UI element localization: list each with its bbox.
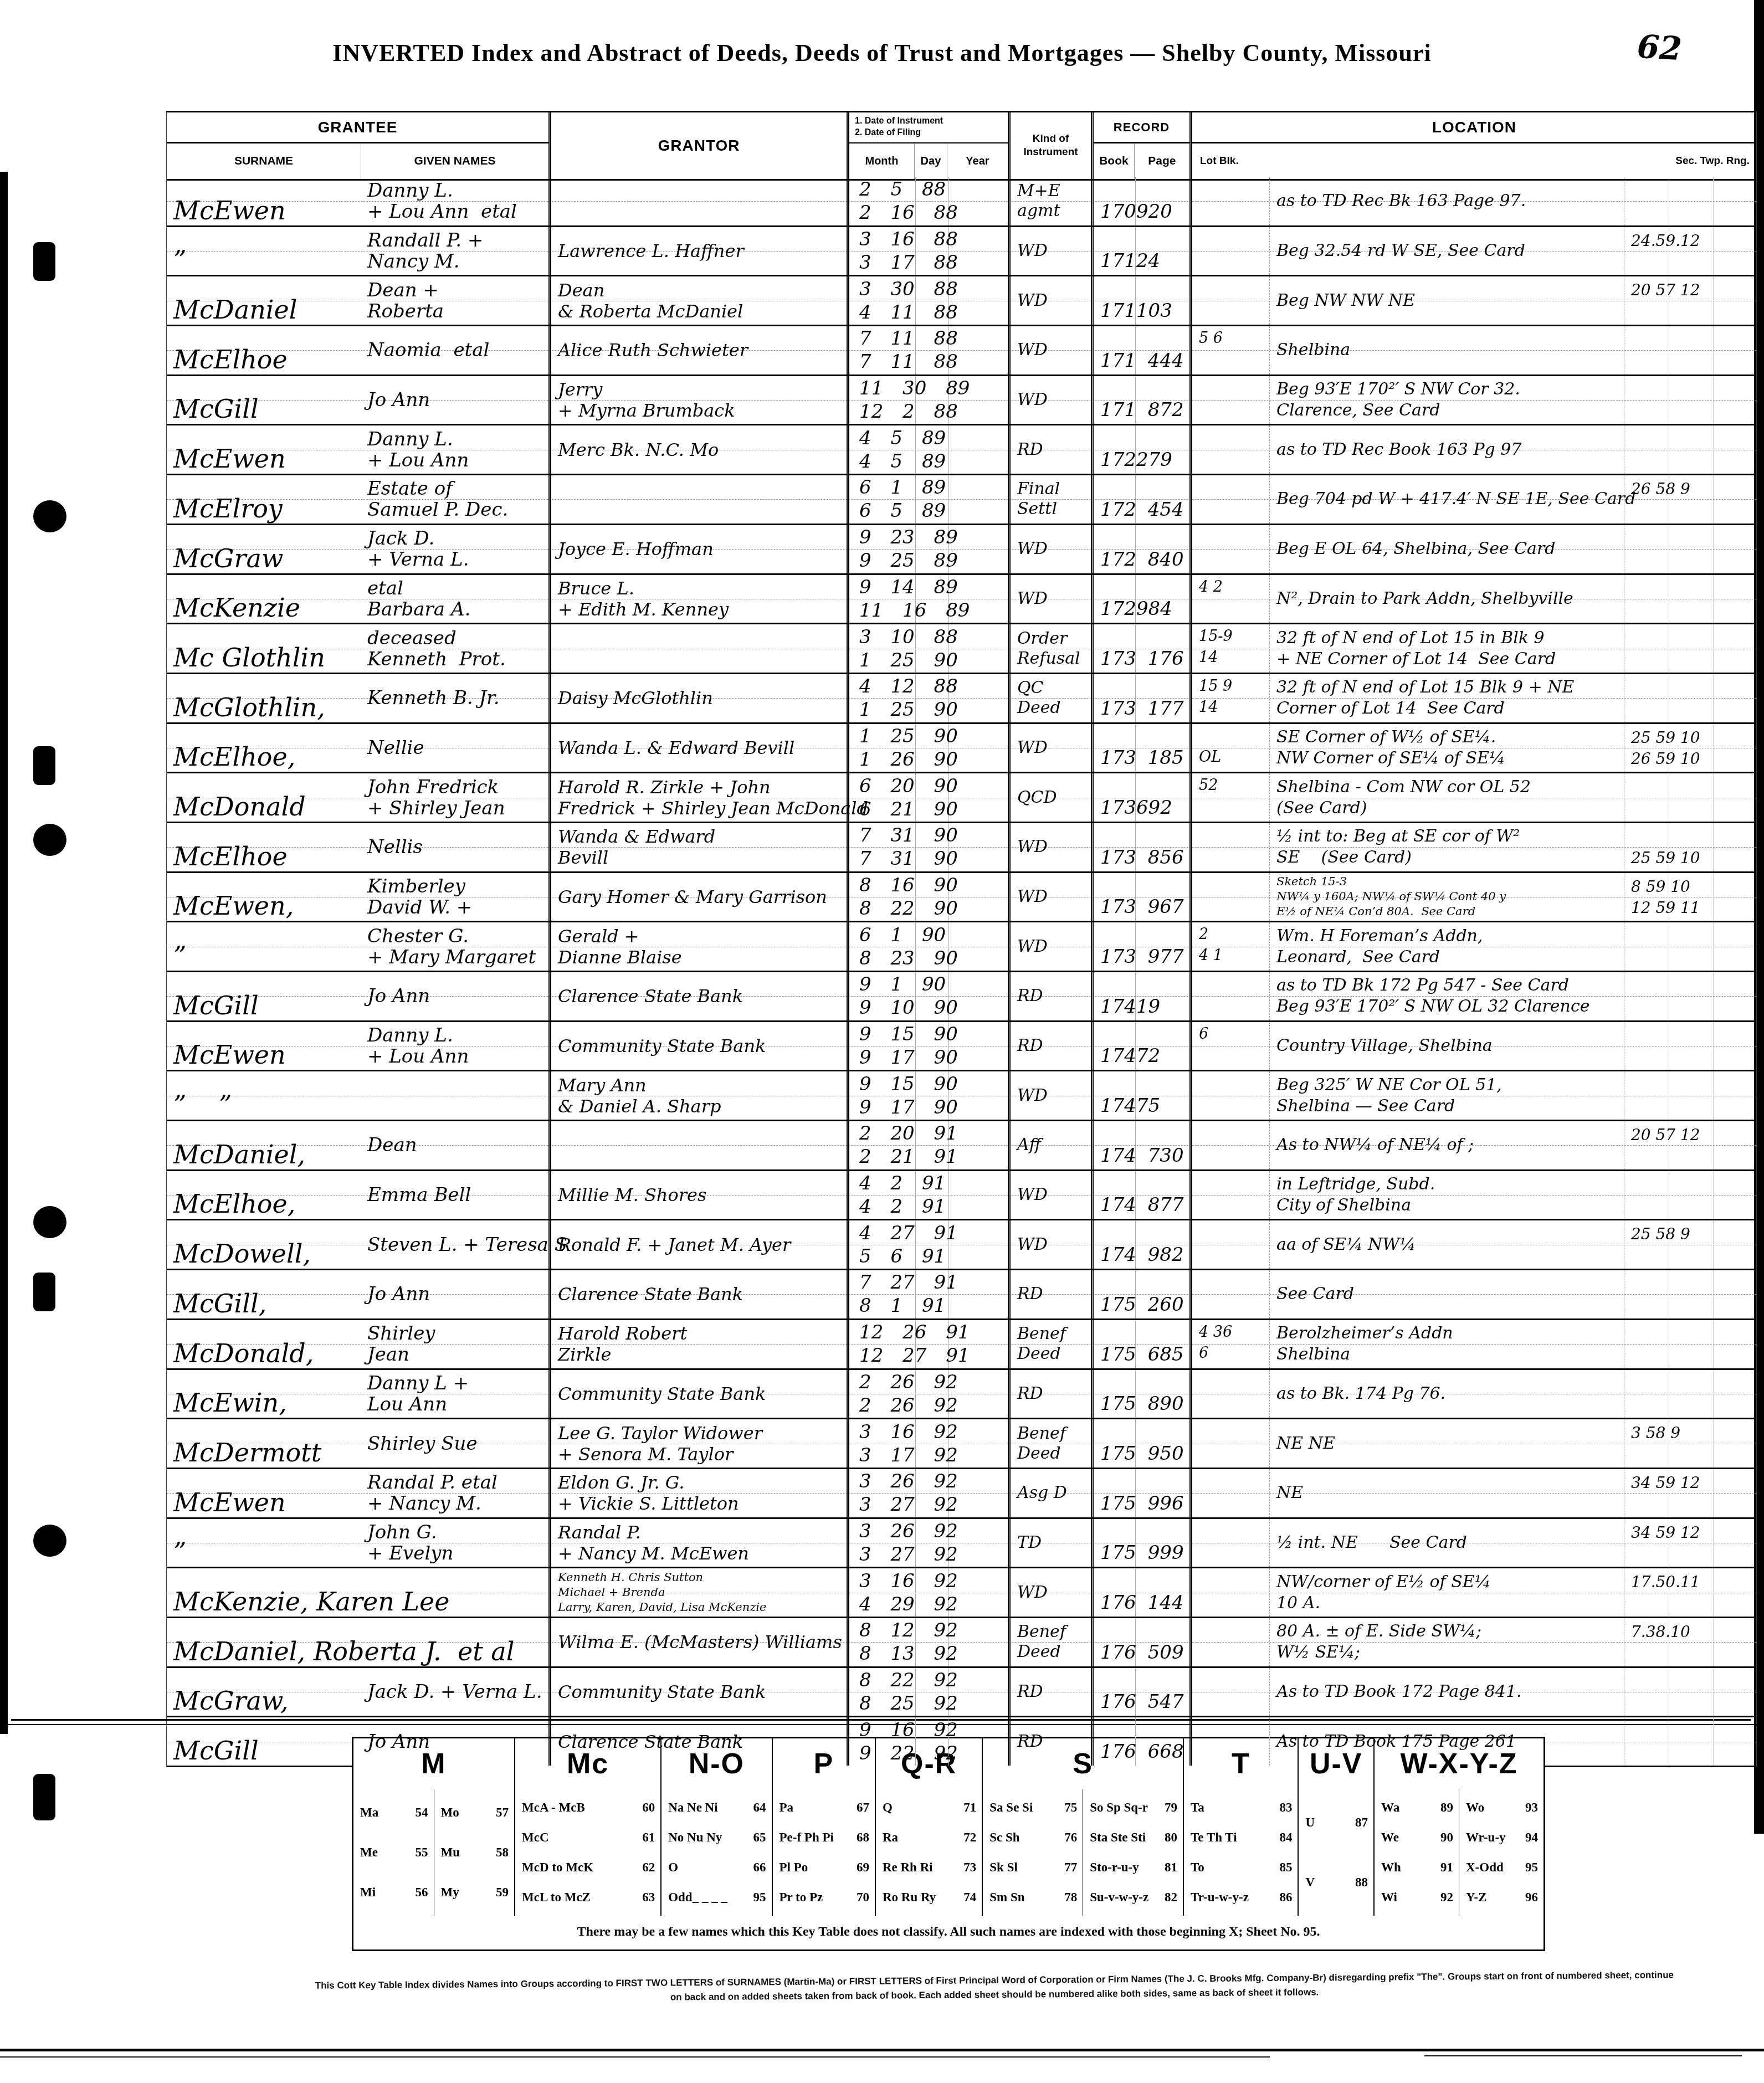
key-entry: Sto-r-u-y81: [1083, 1860, 1183, 1875]
cell-sec: [1624, 1270, 1756, 1318]
key-entry: V88: [1299, 1875, 1373, 1890]
binding-mark-bar: [33, 242, 55, 281]
cell-dates: 3 16 92 3 17 92: [847, 1419, 1008, 1468]
cell-kind: WD: [1008, 823, 1091, 871]
key-subcolumn: U87V88: [1299, 1789, 1373, 1916]
cell-lot: [1189, 1121, 1269, 1169]
binding-mark-bar: [33, 746, 55, 785]
cell-surname: McDaniel,: [167, 1121, 361, 1169]
ledger-row: McDermottShirley SueLee G. Taylor Widowe…: [167, 1419, 1756, 1469]
cell-kind: WD: [1008, 227, 1091, 275]
cell-given: etal Barbara A.: [361, 575, 548, 623]
cell-given: John G. + Evelyn: [361, 1519, 548, 1567]
cell-surname: McDowell,: [167, 1220, 361, 1269]
cell-lot: [1189, 1717, 1269, 1766]
cell-kind: RD: [1008, 972, 1091, 1020]
binding-mark-dot: [33, 824, 66, 856]
cell-dates: 3 30 88 4 11 88: [847, 276, 1008, 325]
cell-sec: [1624, 1171, 1756, 1219]
cell-loc: Berolzheimer’s Addn Shelbina: [1269, 1320, 1624, 1368]
cell-record: 173 967: [1091, 873, 1189, 921]
cell-grantor: Wilma E. (McMasters) Williams: [548, 1618, 847, 1666]
ledger-row: McEwenDanny L. + Lou Ann etal2 5 88 2 16…: [167, 177, 1756, 227]
cell-loc: 32 ft of N end of Lot 15 in Blk 9 + NE C…: [1269, 624, 1624, 673]
cell-record: 176 668: [1091, 1717, 1189, 1766]
cell-loc: Beg 704 pd W + 417.4′ N SE 1E, See Card: [1269, 475, 1624, 524]
header-kind-of-instrument: Kind of Instrument: [1008, 112, 1091, 179]
cell-loc: As to NW¼ of NE¼ of ;: [1269, 1121, 1624, 1169]
cell-given: Kenneth B. Jr.: [361, 674, 548, 722]
cell-lot: [1189, 177, 1269, 225]
cell-loc: ½ int. NE See Card: [1269, 1519, 1624, 1567]
cell-loc: 32 ft of N end of Lot 15 Blk 9 + NE Corn…: [1269, 674, 1624, 722]
key-entry: No Nu Ny65: [661, 1830, 771, 1845]
cell-lot: [1189, 1519, 1269, 1567]
key-entry: Pa67: [773, 1800, 875, 1815]
cell-record: 175 260: [1091, 1270, 1189, 1318]
cell-kind: WD: [1008, 376, 1091, 424]
cell-dates: 8 22 92 8 25 92: [847, 1668, 1008, 1716]
cell-lot: [1189, 1071, 1269, 1120]
cell-surname: McEwen: [167, 177, 361, 225]
cell-surname: McGraw,: [167, 1668, 361, 1716]
cell-given: Danny L. + Lou Ann: [361, 425, 548, 474]
ledger-row: McEwin,Danny L + Lou AnnCommunity State …: [167, 1370, 1756, 1420]
cell-record: 172 454: [1091, 475, 1189, 524]
cell-dates: 3 16 88 3 17 88: [847, 227, 1008, 275]
cell-surname: Mc Glothlin: [167, 624, 361, 673]
cell-sec: [1624, 376, 1756, 424]
cell-given: Randall P. + Nancy M.: [361, 227, 548, 275]
header-grantee-group: GRANTEE SURNAME GIVEN NAMES: [167, 112, 548, 179]
cell-lot: [1189, 1618, 1269, 1666]
header-page: Page: [1134, 143, 1189, 179]
ledger-row: McGrawJack D. + Verna L.Joyce E. Hoffman…: [167, 525, 1756, 575]
key-entry: Te Th Ti84: [1184, 1830, 1298, 1845]
cell-dates: 9 23 89 9 25 89: [847, 525, 1008, 573]
cell-sec: 8 59 10 12 59 11: [1624, 873, 1756, 921]
key-entry: So Sp Sq-r79: [1083, 1800, 1183, 1815]
ledger-row: McEwenDanny L. + Lou AnnCommunity State …: [167, 1022, 1756, 1072]
cell-given: Kimberley David W. +: [361, 873, 548, 921]
cell-given: Nellie: [361, 724, 548, 772]
ledger-row: McDanielDean + RobertaDean & Roberta McD…: [167, 276, 1756, 326]
key-subcolumn: Wa89We90Wh91Wi92: [1375, 1789, 1459, 1916]
cell-dates: 7 11 88 7 11 88: [847, 326, 1008, 374]
key-subcolumn: So Sp Sq-r79Sta Ste Sti80Sto-r-u-y81Su-v…: [1083, 1789, 1183, 1916]
cell-record: 174 982: [1091, 1220, 1189, 1269]
key-subcolumn: Na Ne Ni64No Nu Ny65O66Odd_ _ _ _95: [661, 1789, 771, 1916]
cell-grantor: Dean & Roberta McDaniel: [548, 276, 847, 325]
cell-lot: [1189, 525, 1269, 573]
cell-surname: McGill: [167, 376, 361, 424]
table-body: McEwenDanny L. + Lou Ann etal2 5 88 2 16…: [166, 177, 1757, 1767]
cell-lot: [1189, 1668, 1269, 1716]
cell-kind: WD: [1008, 1568, 1091, 1617]
header-record: RECORD: [1094, 112, 1189, 143]
cell-record: 17472: [1091, 1022, 1189, 1070]
cell-record: 170920: [1091, 177, 1189, 225]
cell-lot: 4 2: [1189, 575, 1269, 623]
ledger-row: McDowell,Steven L. + Teresa SRonald F. +…: [167, 1220, 1756, 1270]
cell-grantor: Joyce E. Hoffman: [548, 525, 847, 573]
cell-kind: Final Settl: [1008, 475, 1091, 524]
cell-sec: 3 58 9: [1624, 1419, 1756, 1468]
cell-kind: WD: [1008, 1220, 1091, 1269]
cell-given: Jo Ann: [361, 1270, 548, 1318]
cell-surname: McKenzie, Karen Lee: [167, 1568, 361, 1617]
cell-record: 173 856: [1091, 823, 1189, 871]
cell-kind: RD: [1008, 1668, 1091, 1716]
cell-kind: WD: [1008, 326, 1091, 374]
cell-kind: WD: [1008, 873, 1091, 921]
key-entry: My59: [434, 1885, 515, 1900]
cell-kind: QC Deed: [1008, 674, 1091, 722]
cell-grantor: Gary Homer & Mary Garrison: [548, 873, 847, 921]
ledger-row: McEwen,Kimberley David W. +Gary Homer & …: [167, 873, 1756, 923]
key-entry: Sk Sl77: [983, 1860, 1083, 1875]
cell-kind: Benef Deed: [1008, 1419, 1091, 1468]
cell-loc: Beg NW NW NE: [1269, 276, 1624, 325]
cell-given: [361, 1071, 548, 1120]
cell-given: Randal P. etal + Nancy M.: [361, 1469, 548, 1517]
ledger-row: McGillJo AnnClarence State Bank9 1 90 9 …: [167, 972, 1756, 1022]
cell-kind: Order Refusal: [1008, 624, 1091, 673]
cell-loc: NE NE: [1269, 1419, 1624, 1468]
cell-surname: McEwen: [167, 1469, 361, 1517]
cell-loc: See Card: [1269, 1270, 1624, 1318]
cell-given: Jo Ann: [361, 376, 548, 424]
cell-lot: [1189, 1270, 1269, 1318]
cell-grantor: Mary Ann & Daniel A. Sharp: [548, 1071, 847, 1120]
scan-bottom-line-2: [0, 2056, 1270, 2058]
binding-mark-dot: [33, 1525, 66, 1557]
cell-given: [361, 1618, 548, 1666]
cell-kind: RD: [1008, 1022, 1091, 1070]
cell-grantor: [548, 177, 847, 225]
key-entry: Pe-f Ph Pi68: [773, 1830, 875, 1845]
cell-dates: 9 14 89 11 16 89: [847, 575, 1008, 623]
ledger-row: Mc Glothlindeceased Kenneth Prot.3 10 88…: [167, 624, 1756, 674]
cell-sec: [1624, 1071, 1756, 1120]
cell-dates: 3 26 92 3 27 92: [847, 1519, 1008, 1567]
cell-sec: 17.50.11: [1624, 1568, 1756, 1617]
cell-dates: 12 26 91 12 27 91: [847, 1320, 1008, 1368]
cell-dates: 8 12 92 8 13 92: [847, 1618, 1008, 1666]
cell-sec: 25 59 10: [1624, 823, 1756, 871]
key-entry: X-Odd95: [1459, 1860, 1543, 1875]
cell-surname: McDonald: [167, 773, 361, 822]
key-entry: To85: [1184, 1860, 1298, 1875]
cell-record: 173 177: [1091, 674, 1189, 722]
cell-loc: Wm. H Foreman’s Addn, Leonard, See Card: [1269, 922, 1624, 971]
cell-given: Shirley Sue: [361, 1419, 548, 1468]
header-date-line1: 1. Date of Instrument: [855, 116, 1008, 127]
cell-loc: SE Corner of W½ of SE¼. NW Corner of SE¼…: [1269, 724, 1624, 772]
cell-record: 175 685: [1091, 1320, 1189, 1368]
key-entry: McC61: [515, 1830, 660, 1845]
cell-given: Nellis: [361, 823, 548, 871]
cell-surname: ”: [167, 1519, 361, 1567]
cell-given: Dean + Roberta: [361, 276, 548, 325]
key-entry: Q71: [876, 1800, 982, 1815]
cell-lot: [1189, 475, 1269, 524]
cell-given: Dean: [361, 1121, 548, 1169]
cell-record: 172984: [1091, 575, 1189, 623]
cell-lot: [1189, 276, 1269, 325]
cell-sec: [1624, 972, 1756, 1020]
cell-given: Estate of Samuel P. Dec.: [361, 475, 548, 524]
header-location: LOCATION: [1192, 112, 1756, 143]
cell-loc: as to TD Rec Bk 163 Page 97.: [1269, 177, 1624, 225]
key-entry: Y-Z96: [1459, 1890, 1543, 1905]
binding-edge-strip: [0, 172, 8, 1734]
cell-given: Steven L. + Teresa S: [361, 1220, 548, 1269]
cell-dates: 3 26 92 3 27 92: [847, 1469, 1008, 1517]
cell-kind: RD: [1008, 425, 1091, 474]
header-dates-group: 1. Date of Instrument 2. Date of Filing …: [847, 112, 1008, 179]
cell-lot: 2 4 1: [1189, 922, 1269, 971]
cell-surname: McElhoe,: [167, 1171, 361, 1219]
cell-grantor: Community State Bank: [548, 1022, 847, 1070]
cell-lot: 4 36 6: [1189, 1320, 1269, 1368]
cell-surname: McGill: [167, 972, 361, 1020]
cell-kind: WD: [1008, 525, 1091, 573]
cell-sec: 34 59 12: [1624, 1469, 1756, 1517]
header-record-group: RECORD Book Page: [1091, 112, 1189, 179]
ledger-row: McKenzie, Karen LeeKenneth H. Chris Sutt…: [167, 1568, 1756, 1618]
cell-record: 176 509: [1091, 1618, 1189, 1666]
cell-given: John Fredrick + Shirley Jean: [361, 773, 548, 822]
scanned-ledger-page: INVERTED Index and Abstract of Deeds, De…: [0, 0, 1764, 2083]
key-entry: Sta Ste Sti80: [1083, 1830, 1183, 1845]
cell-record: 173 176: [1091, 624, 1189, 673]
cell-kind: RD: [1008, 1270, 1091, 1318]
cell-dates: 9 16 92 9 22 92: [847, 1717, 1008, 1766]
key-entry: Sa Se Si75: [983, 1800, 1083, 1815]
cell-grantor: [548, 624, 847, 673]
cell-given: Danny L. + Lou Ann: [361, 1022, 548, 1070]
cell-grantor: Clarence State Bank: [548, 1270, 847, 1318]
cell-loc: as to TD Bk 172 Pg 547 - See Card Beg 93…: [1269, 972, 1624, 1020]
cell-surname: McGlothlin,: [167, 674, 361, 722]
header-date-line2: 2. Date of Filing: [855, 127, 1008, 139]
cell-grantor: Merc Bk. N.C. Mo: [548, 425, 847, 474]
cell-lot: [1189, 1419, 1269, 1468]
cell-lot: 6: [1189, 1022, 1269, 1070]
cell-dates: 2 20 91 2 21 91: [847, 1121, 1008, 1169]
cell-kind: RD: [1008, 1717, 1091, 1766]
cell-sec: 20 57 12: [1624, 1121, 1756, 1169]
cell-dates: 6 1 90 8 23 90: [847, 922, 1008, 971]
cell-given: Shirley Jean: [361, 1320, 548, 1368]
ledger-row: ”Randall P. + Nancy M.Lawrence L. Haffne…: [167, 227, 1756, 277]
cell-lot: 15-9 14: [1189, 624, 1269, 673]
ledger-row: McDonald,Shirley JeanHarold Robert Zirkl…: [167, 1320, 1756, 1370]
cell-sec: [1624, 674, 1756, 722]
cell-dates: 4 27 91 5 6 91: [847, 1220, 1008, 1269]
key-entry: U87: [1299, 1815, 1373, 1830]
cell-kind: WD: [1008, 922, 1091, 971]
ledger-row: McDaniel,Dean2 20 91 2 21 91Aff174 730As…: [167, 1121, 1756, 1171]
cell-grantor: Clarence State Bank: [548, 1717, 847, 1766]
ledger-row: McGill,Jo AnnClarence State Bank7 27 91 …: [167, 1270, 1756, 1320]
ledger-row: McGillJo AnnClarence State Bank9 16 92 9…: [167, 1717, 1756, 1767]
ledger-row: ”Chester G. + Mary MargaretGerald + Dian…: [167, 922, 1756, 972]
key-entry: Sm Sn78: [983, 1890, 1083, 1905]
key-subcolumn: Mo57Mu58My59: [434, 1789, 515, 1916]
cell-sec: [1624, 624, 1756, 673]
cell-given: Jo Ann: [361, 972, 548, 1020]
cell-loc: Beg E OL 64, Shelbina, See Card: [1269, 525, 1624, 573]
cell-kind: WD: [1008, 276, 1091, 325]
key-entry: Me55: [353, 1845, 434, 1860]
ledger-row: McKenzieetal Barbara A.Bruce L. + Edith …: [167, 575, 1756, 625]
cell-dates: 3 10 88 1 25 90: [847, 624, 1008, 673]
key-subcolumn: Ta83Te Th Ti84To85Tr-u-w-y-z86: [1184, 1789, 1298, 1916]
cell-record: 17475: [1091, 1071, 1189, 1120]
cell-surname: ”: [167, 922, 361, 971]
key-entry: Re Rh Ri73: [876, 1860, 982, 1875]
cell-loc: 80 A. ± of E. Side SW¼; W½ SE¼;: [1269, 1618, 1624, 1666]
cell-surname: McElhoe,: [167, 724, 361, 772]
cell-grantor: Jerry + Myrna Brumback: [548, 376, 847, 424]
ledger-row: McElhoe,Emma BellMillie M. Shores4 2 91 …: [167, 1171, 1756, 1221]
header-location-group: LOCATION Lot Blk. Sec. Twp. Rng.: [1189, 112, 1756, 179]
header-year: Year: [947, 143, 1008, 179]
cell-record: 175 890: [1091, 1370, 1189, 1418]
cell-surname: ” ”: [167, 1071, 361, 1120]
ledger-row: McElhoeNaomia etalAlice Ruth Schwieter7 …: [167, 326, 1756, 376]
key-entry: McL to McZ63: [515, 1890, 660, 1905]
ledger-row: McEwenDanny L. + Lou AnnMerc Bk. N.C. Mo…: [167, 425, 1756, 475]
ledger-row: McEwenRandal P. etal + Nancy M.Eldon G. …: [167, 1469, 1756, 1519]
cell-loc: ½ int to: Beg at SE cor of W² SE (See Ca…: [1269, 823, 1624, 871]
cell-surname: McEwin,: [167, 1370, 361, 1418]
cell-surname: McDaniel, Roberta J. et al: [167, 1618, 361, 1666]
cell-loc: As to TD Book 175 Page 261: [1269, 1717, 1624, 1766]
cell-record: 176 144: [1091, 1568, 1189, 1617]
header-book: Book: [1094, 143, 1134, 179]
ledger-row: McElroyEstate of Samuel P. Dec.6 1 89 6 …: [167, 475, 1756, 525]
cell-dates: 4 5 89 4 5 89: [847, 425, 1008, 474]
cell-dates: 9 15 90 9 17 90: [847, 1022, 1008, 1070]
cell-given: Naomia etal: [361, 326, 548, 374]
cell-record: 171 444: [1091, 326, 1189, 374]
cell-kind: Benef Deed: [1008, 1320, 1091, 1368]
cell-sec: [1624, 525, 1756, 573]
cell-dates: 8 16 90 8 22 90: [847, 873, 1008, 921]
header-month: Month: [849, 143, 914, 179]
cell-sec: [1624, 575, 1756, 623]
cell-kind: RD: [1008, 1370, 1091, 1418]
cell-given: Jack D. + Verna L.: [361, 1668, 548, 1716]
cell-grantor: Bruce L. + Edith M. Kenney: [548, 575, 847, 623]
cell-record: 17124: [1091, 227, 1189, 275]
cell-loc: NE: [1269, 1469, 1624, 1517]
cell-lot: [1189, 823, 1269, 871]
cell-sec: 24.59.12: [1624, 227, 1756, 275]
cell-record: 173 977: [1091, 922, 1189, 971]
header-sec-twp-rng: Sec. Twp. Rng.: [1675, 155, 1756, 167]
cell-given: Danny L + Lou Ann: [361, 1370, 548, 1418]
cell-record: 173692: [1091, 773, 1189, 822]
cell-sec: [1624, 1320, 1756, 1368]
key-subcolumn: Pa67Pe-f Ph Pi68Pl Po69Pr to Pz70: [773, 1789, 875, 1916]
cell-record: 17419: [1091, 972, 1189, 1020]
cell-surname: ”: [167, 227, 361, 275]
key-entry: Sc Sh76: [983, 1830, 1083, 1845]
cell-surname: McEwen,: [167, 873, 361, 921]
binding-mark-dot: [33, 1206, 66, 1238]
cell-kind: WD: [1008, 1171, 1091, 1219]
cell-record: 176 547: [1091, 1668, 1189, 1716]
cell-surname: McDermott: [167, 1419, 361, 1468]
cell-lot: [1189, 227, 1269, 275]
cell-lot: [1189, 972, 1269, 1020]
cell-grantor: Wanda & Edward Bevill: [548, 823, 847, 871]
cell-loc: Shelbina - Com NW cor OL 52 (See Card): [1269, 773, 1624, 822]
cell-surname: McGraw: [167, 525, 361, 573]
cell-loc: As to TD Book 172 Page 841.: [1269, 1668, 1624, 1716]
cell-dates: 9 1 90 9 10 90: [847, 972, 1008, 1020]
cell-record: 172 840: [1091, 525, 1189, 573]
cell-grantor: Gerald + Dianne Blaise: [548, 922, 847, 971]
cell-sec: 20 57 12: [1624, 276, 1756, 325]
key-entry: Ro Ru Ry74: [876, 1890, 982, 1905]
cell-surname: McEwen: [167, 425, 361, 474]
key-entry: Odd_ _ _ _95: [661, 1890, 771, 1905]
binding-mark-dot: [33, 500, 66, 532]
header-lot-blk: Lot Blk.: [1192, 155, 1239, 167]
cell-lot: 5 6: [1189, 326, 1269, 374]
cell-loc: NW/corner of E½ of SE¼ 10 A.: [1269, 1568, 1624, 1617]
cell-loc: Beg 325′ W NE Cor OL 51, Shelbina — See …: [1269, 1071, 1624, 1120]
key-table: MMa54Me55Mi56Mo57Mu58My59McMcA - McB60Mc…: [352, 1737, 1545, 1951]
cell-dates: 3 16 92 4 29 92: [847, 1568, 1008, 1617]
cell-dates: 7 31 90 7 31 90: [847, 823, 1008, 871]
cell-dates: 1 25 90 1 26 90: [847, 724, 1008, 772]
table-header: GRANTEE SURNAME GIVEN NAMES GRANTOR 1. D…: [166, 111, 1757, 181]
cell-kind: Asg D: [1008, 1469, 1091, 1517]
key-entry: Ma54: [353, 1805, 434, 1820]
cell-dates: 6 1 89 6 5 89: [847, 475, 1008, 524]
cell-kind: WD: [1008, 1071, 1091, 1120]
cell-loc: N², Drain to Park Addn, Shelbyville: [1269, 575, 1624, 623]
cell-sec: [1624, 773, 1756, 822]
ledger-row: McDonaldJohn Fredrick + Shirley JeanHaro…: [167, 773, 1756, 823]
cell-kind: Benef Deed: [1008, 1618, 1091, 1666]
key-entry: Wh91: [1375, 1860, 1459, 1875]
cell-lot: [1189, 1370, 1269, 1418]
cell-dates: 2 5 88 2 16 88: [847, 177, 1008, 225]
key-subcolumn: Q71Ra72Re Rh Ri73Ro Ru Ry74: [876, 1789, 982, 1916]
cell-grantor: Randal P. + Nancy M. McEwen: [548, 1519, 847, 1567]
header-given-names: GIVEN NAMES: [361, 143, 548, 179]
cell-grantor: Community State Bank: [548, 1370, 847, 1418]
ledger-row: McGraw,Jack D. + Verna L.Community State…: [167, 1668, 1756, 1718]
cell-grantor: Community State Bank: [548, 1668, 847, 1716]
binding-mark-bar: [33, 1273, 55, 1311]
key-entry: Na Ne Ni64: [661, 1800, 771, 1815]
cell-sec: 26 58 9: [1624, 475, 1756, 524]
ledger-row: ”John G. + EvelynRandal P. + Nancy M. Mc…: [167, 1519, 1756, 1569]
cell-lot: [1189, 1568, 1269, 1617]
ledger-row: McGlothlin,Kenneth B. Jr.Daisy McGlothli…: [167, 674, 1756, 724]
cell-lot: OL: [1189, 724, 1269, 772]
cell-dates: 11 30 89 12 2 88: [847, 376, 1008, 424]
binding-mark-bar: [33, 1774, 55, 1820]
